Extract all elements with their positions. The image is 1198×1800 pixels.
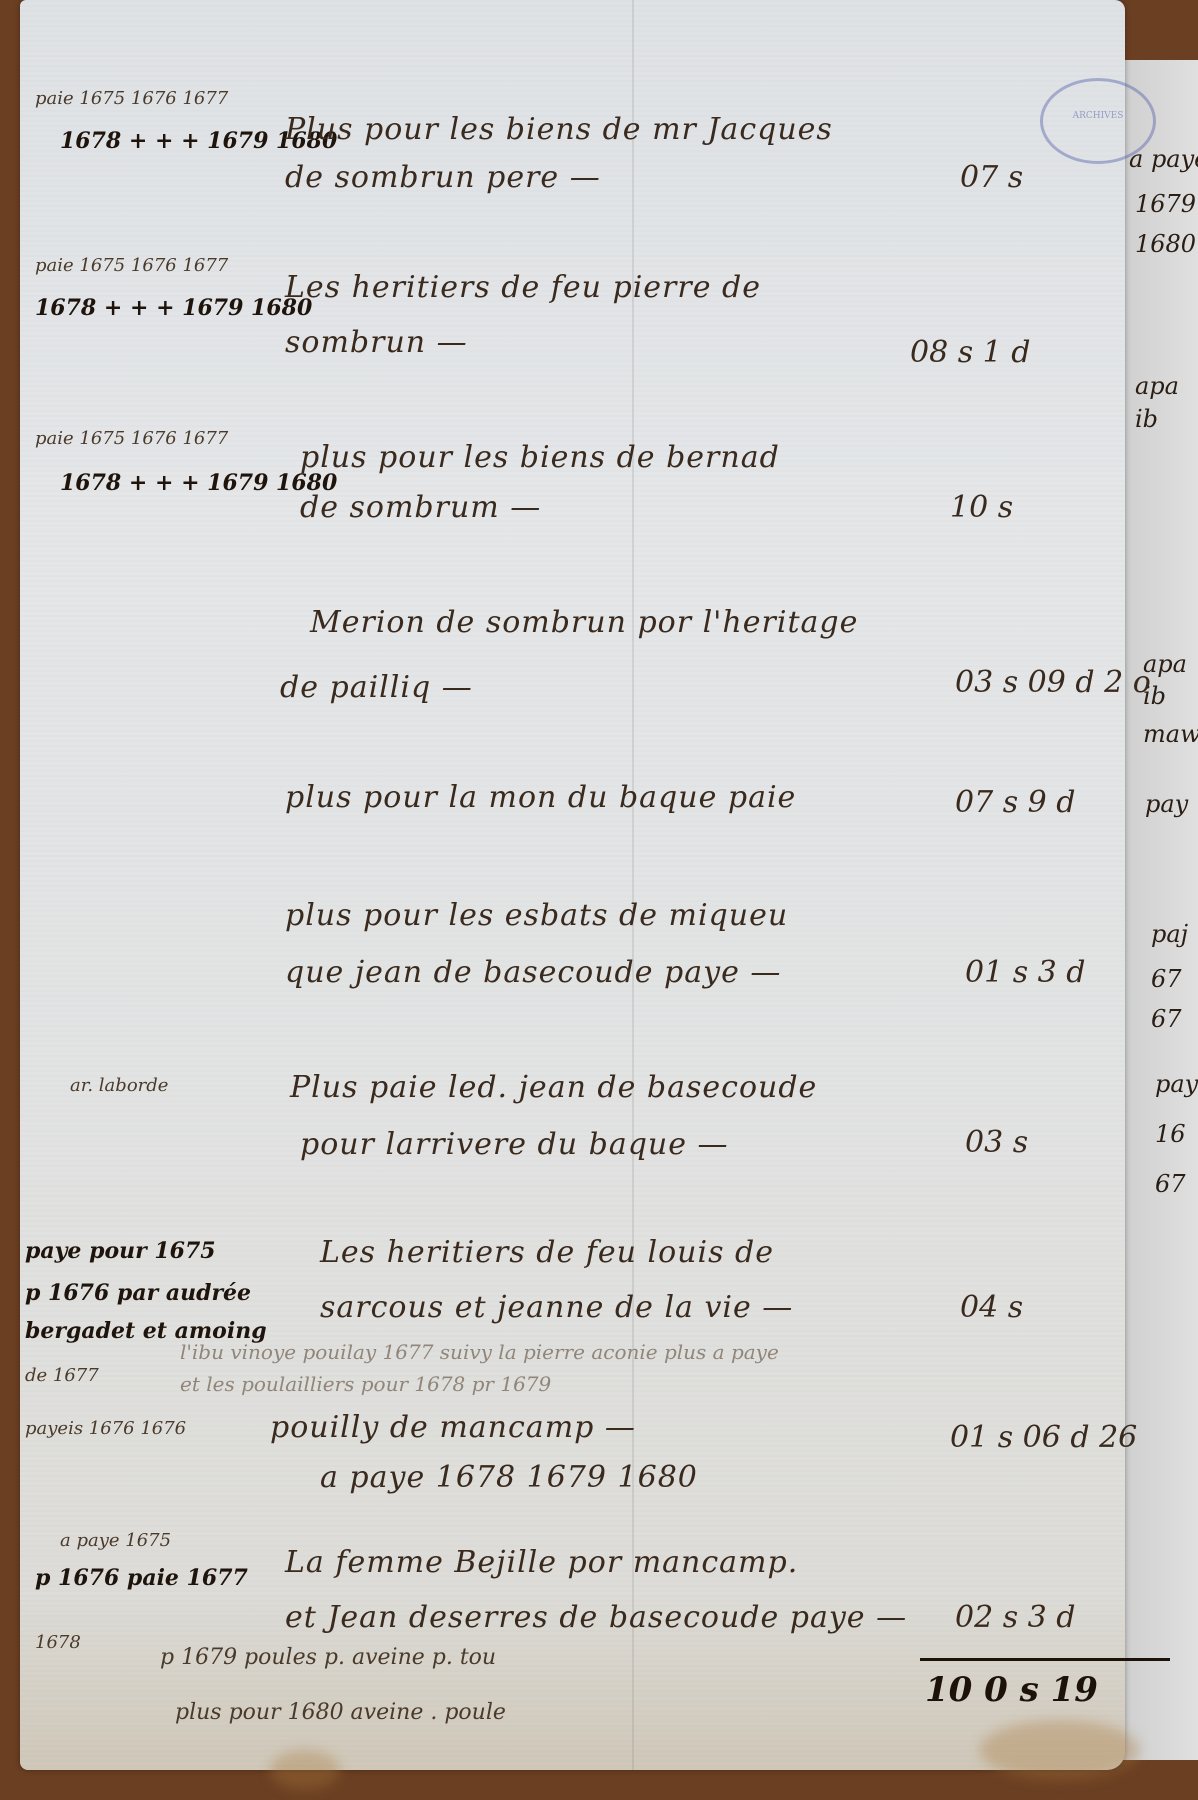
entry-line: plus pour les esbats de miqueu (285, 898, 788, 933)
right-page-fragment: maw (1143, 720, 1198, 748)
entry-line: Plus pour les biens de mr Jacques (285, 112, 833, 147)
entry-line: plus pour la mon du baque paie (285, 780, 796, 815)
entry-line: sarcous et jeanne de la vie — (320, 1290, 793, 1325)
total-rule (920, 1658, 1170, 1661)
entry-amount: 03 s 09 d 2 o (955, 665, 1151, 700)
right-page-fragment: 16 (1155, 1120, 1186, 1148)
entry-line: que jean de basecoude paye — (285, 955, 781, 990)
entry-line: a paye 1678 1679 1680 (320, 1460, 698, 1495)
margin-note: p 1676 paie 1677 (35, 1565, 248, 1591)
entry-line: Merion de sombrun por l'heritage (310, 605, 858, 640)
archive-stamp: ARCHIVES (1040, 78, 1156, 164)
entry-amount: 01 s 3 d (965, 955, 1085, 990)
right-page-fragment: pay (1155, 1070, 1198, 1098)
interlinear-note: l'ibu vinoye pouilay 1677 suivy la pierr… (180, 1340, 779, 1364)
margin-note: ar. laborde (70, 1075, 168, 1096)
entry-line: de sombrun pere — (285, 160, 601, 195)
right-page-fragment: 1680 (1135, 230, 1196, 258)
margin-note: paie 1675 1676 1677 (35, 428, 228, 449)
margin-note: paie 1675 1676 1677 (35, 255, 228, 276)
margin-note: paie 1675 1676 1677 (35, 88, 228, 109)
entry-amount: 08 s 1 d (910, 335, 1030, 370)
right-page-fragment: ib (1135, 405, 1158, 433)
entry-line: sombrun — (285, 325, 468, 360)
entry-line: Les heritiers de feu pierre de (285, 270, 761, 305)
margin-note: payeis 1676 1676 (25, 1418, 186, 1439)
entry-line: de pailliq — (280, 670, 473, 705)
right-page-fragment: paj (1151, 920, 1188, 948)
right-page-fragment: pay (1145, 790, 1188, 818)
entry-line: Les heritiers de feu louis de (320, 1235, 774, 1270)
entry-amount: 02 s 3 d (955, 1600, 1075, 1635)
footnote-line: p 1679 poules p. aveine p. tou (160, 1645, 496, 1670)
entry-amount: 07 s (960, 160, 1023, 195)
stain (980, 1720, 1140, 1780)
entry-amount: 07 s 9 d (955, 785, 1075, 820)
right-page-fragment: 67 (1151, 965, 1182, 993)
margin-note: a paye 1675 (60, 1530, 171, 1551)
total-amount: 10 0 s 19 (925, 1670, 1098, 1710)
entry-amount: 03 s (965, 1125, 1028, 1160)
ledger-page: ARCHIVES paie 1675 1676 1677 1678 + + + … (20, 0, 1125, 1770)
margin-note: 1678 + + + 1679 1680 (35, 295, 312, 321)
entry-amount: 10 s (950, 490, 1013, 525)
right-page-fragment: apa (1135, 372, 1179, 400)
margin-note: p 1676 par audrée (25, 1280, 251, 1306)
entry-amount: 01 s 06 d 26 (950, 1420, 1137, 1455)
entry-line: pouilly de mancamp — (270, 1410, 636, 1445)
footnote-line: plus pour 1680 aveine . poule (175, 1700, 506, 1725)
entry-line: plus pour les biens de bernad (300, 440, 780, 475)
margin-note: de 1677 (25, 1365, 99, 1386)
page-fold (632, 0, 634, 1770)
margin-note: paye pour 1675 (25, 1238, 216, 1264)
right-page-fragment: 1679 (1135, 190, 1196, 218)
entry-line: La femme Bejille por mancamp. (285, 1545, 798, 1580)
stain (270, 1750, 340, 1790)
right-page-fragment: 67 (1151, 1005, 1182, 1033)
entry-line: Plus paie led. jean de basecoude (290, 1070, 817, 1105)
entry-line: de sombrum — (300, 490, 541, 525)
right-page-fragment: 67 (1155, 1170, 1186, 1198)
entry-line: pour larrivere du baque — (300, 1127, 729, 1162)
entry-line: et Jean deserres de basecoude paye — (285, 1600, 907, 1635)
margin-note: 1678 (35, 1632, 81, 1653)
interlinear-note: et les poulailliers pour 1678 pr 1679 (180, 1372, 551, 1396)
margin-note: 1678 + + + 1679 1680 (60, 470, 337, 496)
adjacent-page-edge: a paye 1679 1680 apa ib apa ib maw pay p… (1120, 60, 1198, 1760)
entry-amount: 04 s (960, 1290, 1023, 1325)
